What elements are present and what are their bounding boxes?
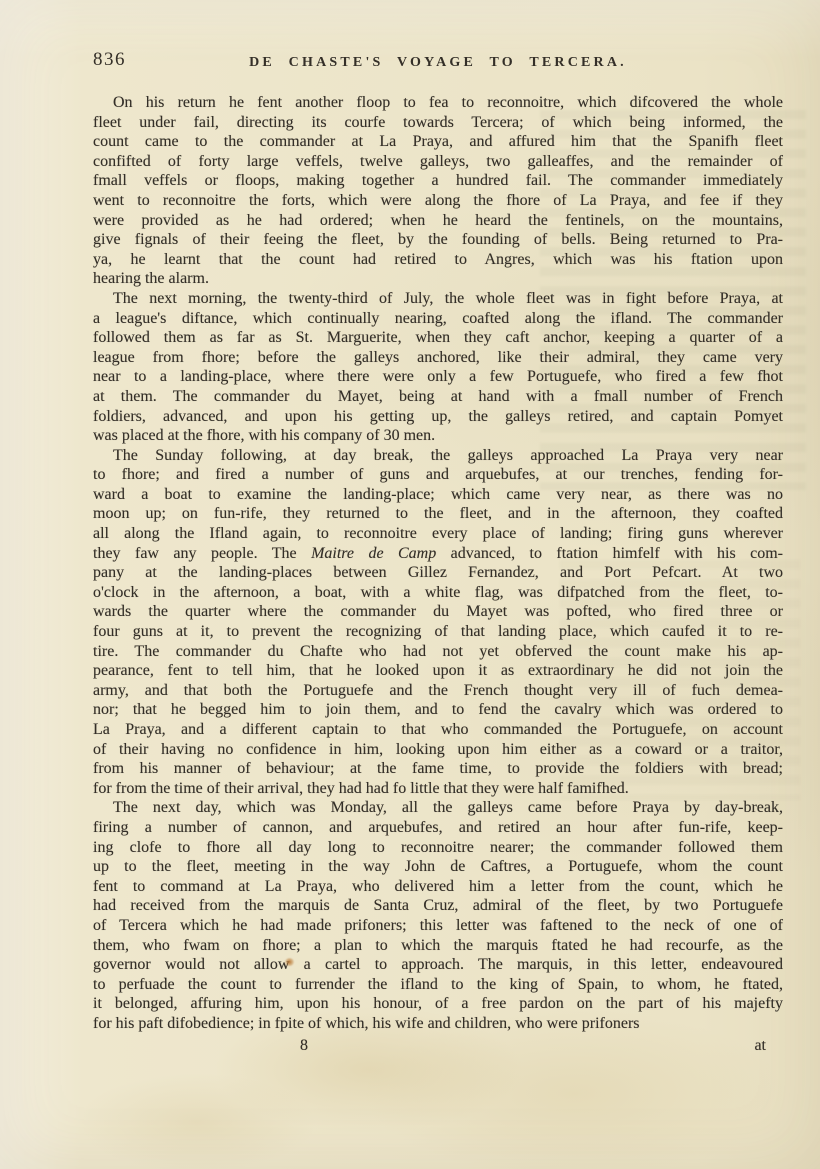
text-line: were provided as he had ordered; when he… [93, 211, 783, 231]
paragraph: The next morning, the twenty-third of Ju… [93, 289, 783, 446]
text-line: The Sunday following, at day break, the … [93, 446, 783, 466]
text-line: count came to the commander at La Praya,… [93, 132, 783, 152]
text-line: o'clock in the afternoon, a boat, with a… [93, 583, 783, 603]
paragraph: On his return he fent another floop to f… [93, 93, 783, 289]
text-line: ya, he learnt that the count had retired… [93, 250, 783, 270]
text-line: wards the quarter where the commander du… [93, 602, 783, 622]
text-line: pearance, fent to tell him, that he look… [93, 661, 783, 681]
text-line: fent to command at La Praya, who deliver… [93, 877, 783, 897]
text-line: up to the fleet, meeting in the way John… [93, 857, 783, 877]
text-line: a league's diftance, which continually n… [93, 309, 783, 329]
text-line: for from the time of their arrival, they… [93, 779, 783, 799]
text-line: at them. The commander du Mayet, being a… [93, 387, 783, 407]
paragraph: The next day, which was Monday, all the … [93, 798, 783, 1033]
text-line: hearing the alarm. [93, 269, 783, 289]
text-line: governor would not allow a cartel to app… [93, 955, 783, 975]
text-line: tire. The commander du Chafte who had no… [93, 642, 783, 662]
text-line: it belonged, affuring him, upon his hono… [93, 994, 783, 1014]
text-line: foldiers, advanced, and upon his getting… [93, 407, 783, 427]
italic-phrase: Maitre de Camp [311, 545, 436, 562]
text-line: give fignals of their feeing the fleet, … [93, 230, 783, 250]
paragraph: The Sunday following, at day break, the … [93, 446, 783, 799]
text-line: for his paft difobedience; in fpite of w… [93, 1014, 783, 1034]
catchword: at [754, 1036, 766, 1056]
text-line: ing clofe to fhore all day long to recon… [93, 838, 783, 858]
text-line: ward a boat to examine the landing-place… [93, 485, 783, 505]
text-line: On his return he fent another floop to f… [93, 93, 783, 113]
text-line: fleet under fail, directing its courfe t… [93, 113, 783, 133]
text-line: went to reconnoitre the forts, which wer… [93, 191, 783, 211]
text-line: all along the Ifland again, to reconnoit… [93, 524, 783, 544]
text-line: nor; that he begged him to join them, an… [93, 700, 783, 720]
text-line: firing a number of cannon, and arquebufe… [93, 818, 783, 838]
text-line: them, who fwam on fhore; a plan to which… [93, 936, 783, 956]
book-page: 836 DE CHASTE'S VOYAGE TO TERCERA. On hi… [0, 0, 820, 1169]
text-line: to perfuade the count to furrender the i… [93, 975, 783, 995]
text-line: league from fhore; before the galleys an… [93, 348, 783, 368]
signature-line: 8 at [93, 1036, 783, 1056]
text-line: fmall veffels or floops, making together… [93, 171, 783, 191]
text-line: confifted of forty large veffels, twelve… [93, 152, 783, 172]
text-line: had received from the marquis de Santa C… [93, 896, 783, 916]
text-line: The next day, which was Monday, all the … [93, 798, 783, 818]
text-line: of Tercera which he had made prifoners; … [93, 916, 783, 936]
running-title: DE CHASTE'S VOYAGE TO TERCERA. [93, 55, 783, 71]
text-line: to fhore; and fired a number of guns and… [93, 465, 783, 485]
text-line: pany at the landing-places between Gille… [93, 563, 783, 583]
text-line: they faw any people. The Maitre de Camp … [93, 544, 783, 564]
text-line: La Praya, and a different captain to tha… [93, 720, 783, 740]
text-line: moon up; on fun-rife, they returned to t… [93, 504, 783, 524]
text-line: from his manner of behaviour; at the fam… [93, 759, 783, 779]
text-line: near to a landing-place, where there wer… [93, 367, 783, 387]
foxing-spot [285, 958, 294, 966]
signature-mark: 8 [300, 1036, 308, 1056]
text-line: followed them as far as St. Marguerite, … [93, 328, 783, 348]
body-text: On his return he fent another floop to f… [93, 93, 783, 1034]
text-line: four guns at it, to prevent the recogniz… [93, 622, 783, 642]
text-line: The next morning, the twenty-third of Ju… [93, 289, 783, 309]
text-line: of their having no confidence in him, lo… [93, 740, 783, 760]
text-line: was placed at the fhore, with his compan… [93, 426, 783, 446]
text-line: army, and that both the Portuguefe and t… [93, 681, 783, 701]
